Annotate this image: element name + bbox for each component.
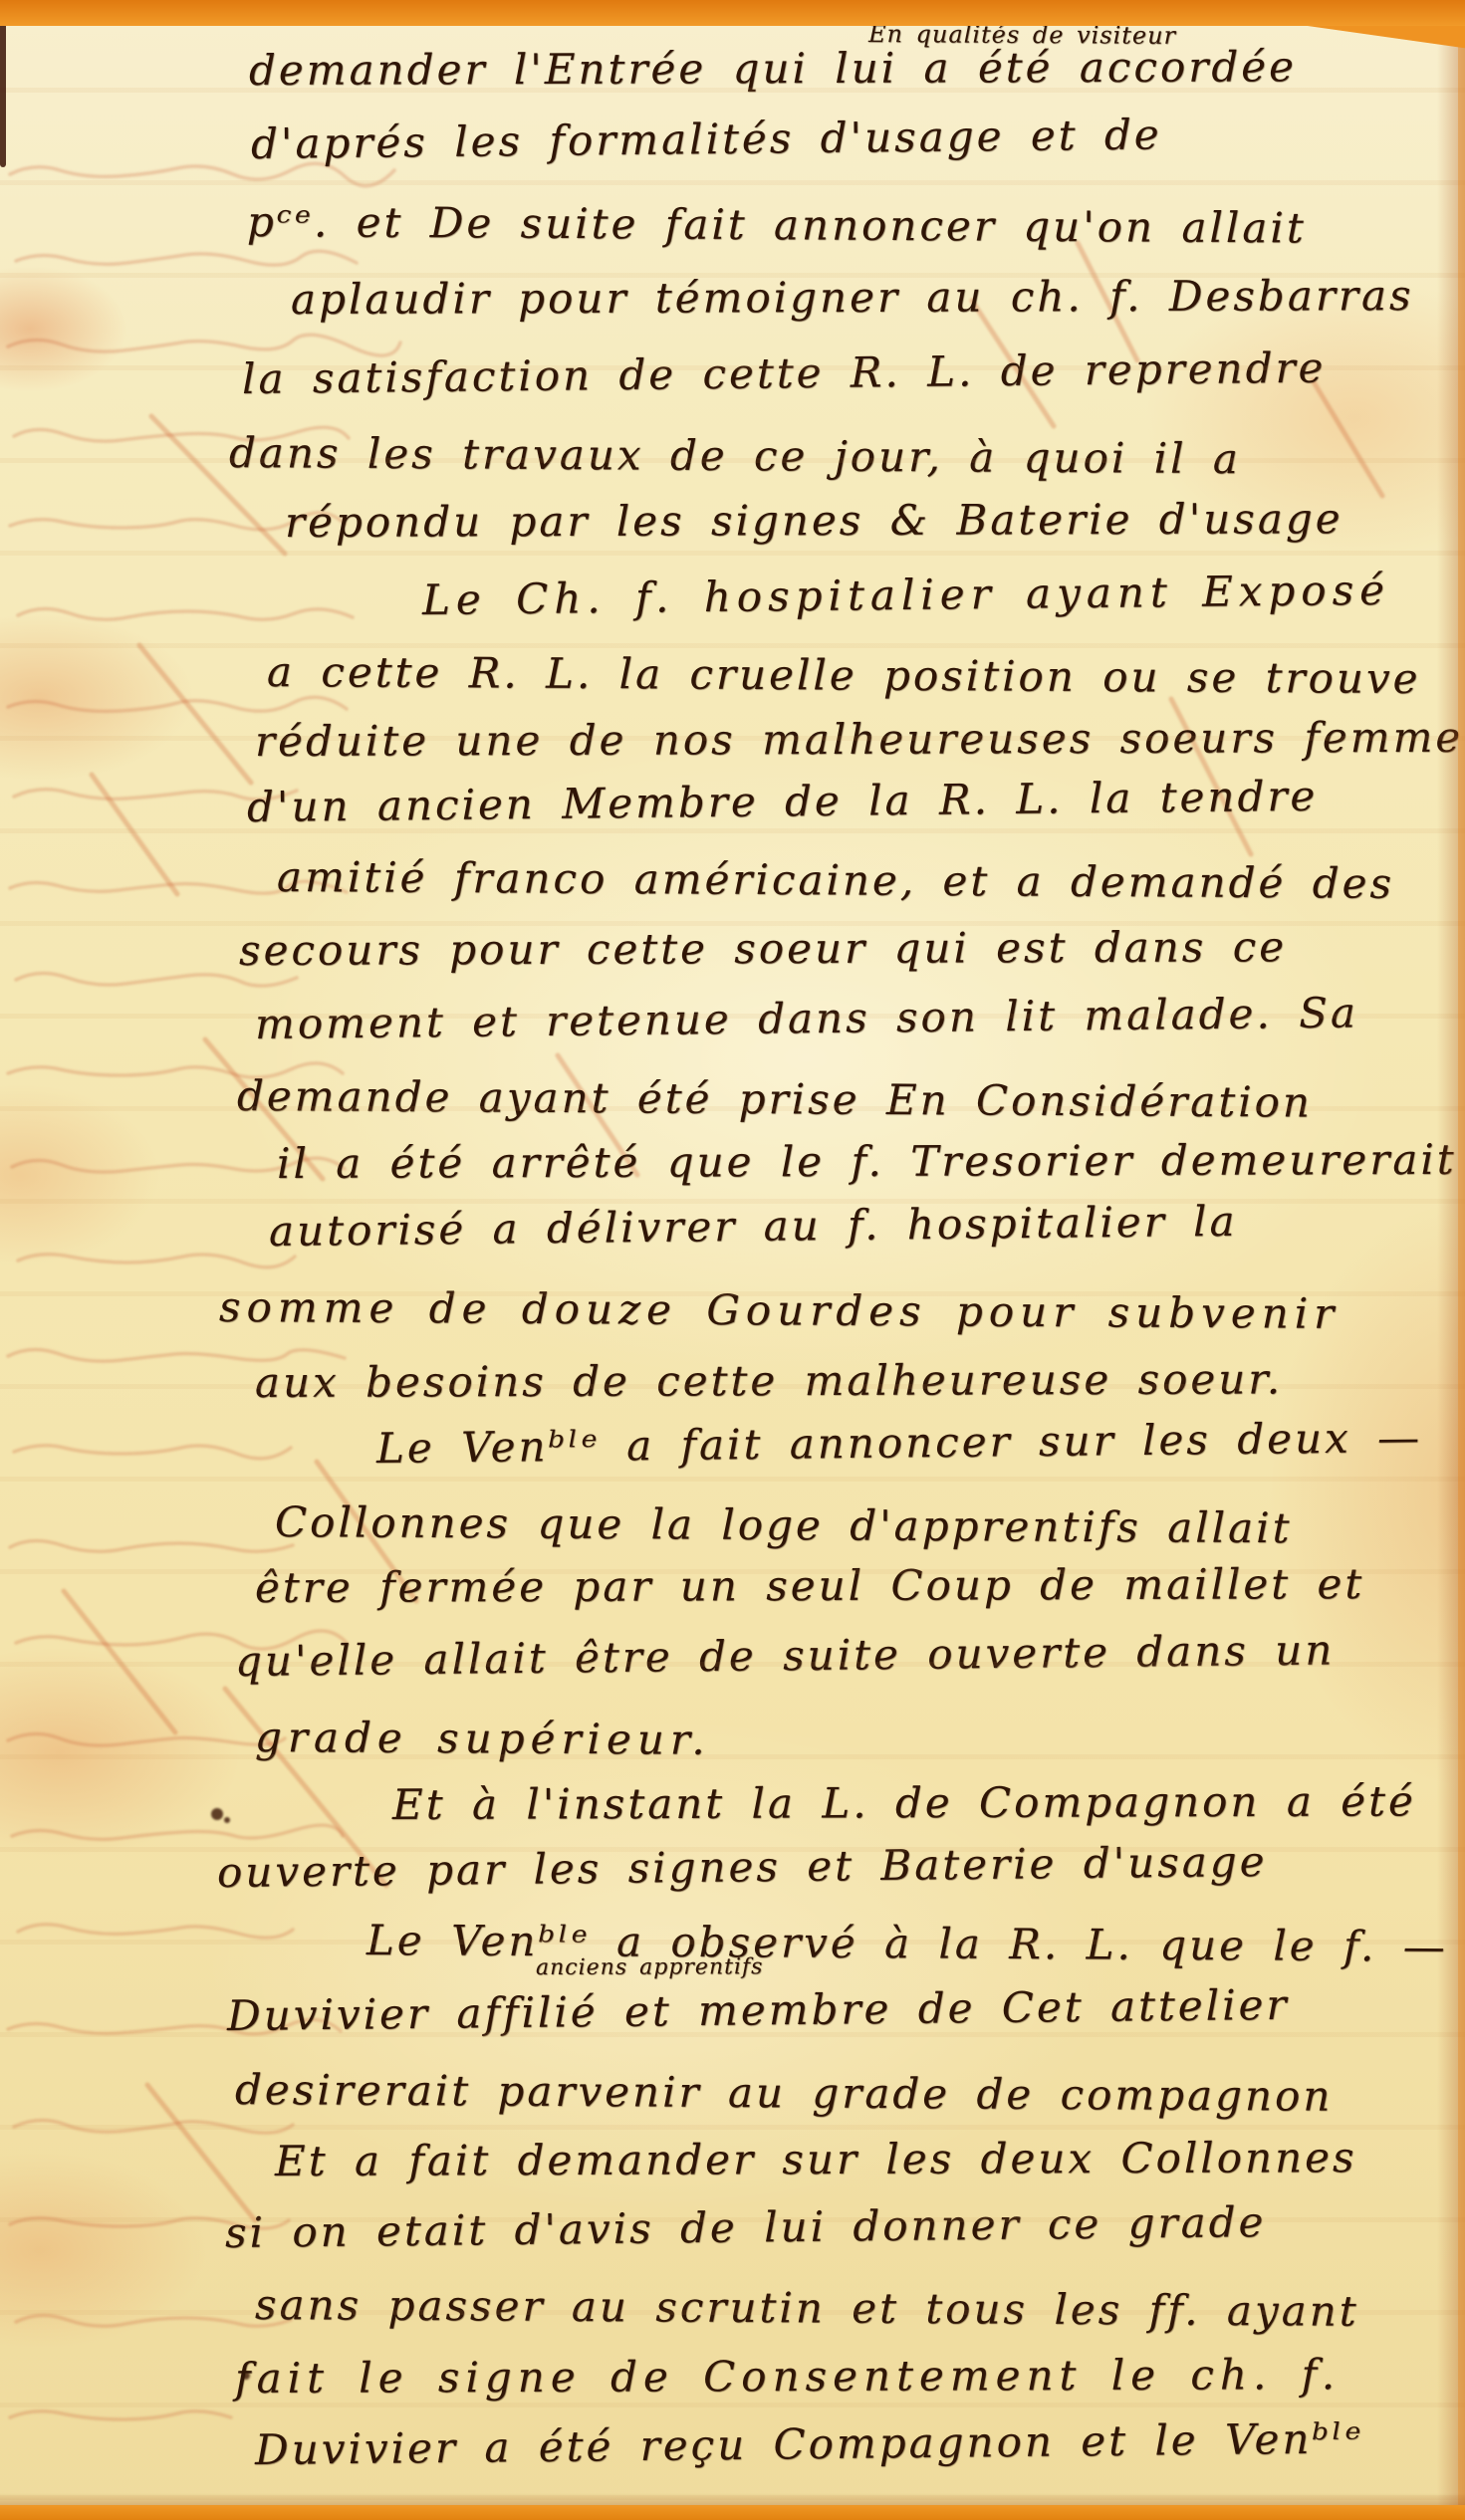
manuscript-line: ouverte par les signes et Baterie d'usag… bbox=[217, 1837, 1268, 1897]
manuscript-line: secours pour cette soeur qui est dans ce bbox=[239, 922, 1287, 975]
manuscript-line: Duvivier affilié et membre de Cet atteli… bbox=[227, 1980, 1290, 2040]
bottom-edge-shadow bbox=[0, 2493, 1465, 2505]
manuscript-line: demande ayant été prise En Considération bbox=[237, 1071, 1313, 1127]
top-border bbox=[0, 0, 1465, 26]
manuscript-line: a cette R. L. la cruelle position ou se … bbox=[267, 647, 1421, 703]
manuscript-line: d'un ancien Membre de la R. L. la tendre bbox=[247, 772, 1319, 831]
manuscript-page: En qualités de visiteur demander l'Entré… bbox=[0, 0, 1465, 2520]
manuscript-line: répondu par les signes & Baterie d'usage bbox=[285, 494, 1343, 547]
manuscript-line: réduite une de nos malheureuses soeurs f… bbox=[255, 713, 1463, 766]
manuscript-line: moment et retenue dans son lit malade. S… bbox=[255, 988, 1358, 1048]
handwritten-text: En qualités de visiteur demander l'Entré… bbox=[0, 0, 1465, 2520]
manuscript-line: Le Ch. f. hospitalier ayant Exposé bbox=[422, 566, 1390, 624]
manuscript-line: la satisfaction de cette R. L. de repren… bbox=[242, 344, 1327, 403]
manuscript-line: autorisé a délivrer au f. hospitalier la bbox=[269, 1197, 1238, 1256]
manuscript-line: somme de douze Gourdes pour subvenir bbox=[219, 1282, 1341, 1338]
manuscript-line: Duvivier a été reçu Compagnon et le Venᵇ… bbox=[255, 2413, 1364, 2474]
interline-annotation: anciens apprentifs bbox=[536, 1954, 764, 1980]
manuscript-line: fait le signe de Consentement le ch. f. bbox=[235, 2350, 1341, 2403]
bottom-border bbox=[0, 2505, 1465, 2520]
manuscript-line: d'aprés les formalités d'usage et de bbox=[251, 110, 1162, 168]
manuscript-line: demander l'Entrée qui lui a été accordée bbox=[249, 42, 1297, 95]
manuscript-line: pᶜᵉ. et De suite fait annoncer qu'on all… bbox=[247, 197, 1307, 252]
manuscript-line: aplaudir pour témoigner au ch. f. Desbar… bbox=[291, 271, 1414, 324]
manuscript-line: grade supérieur. bbox=[255, 1713, 711, 1764]
manuscript-line: Le Venᵇˡᵉ a observé à la R. L. que le f.… bbox=[366, 1916, 1448, 1971]
binding-dark-edge bbox=[0, 18, 6, 167]
manuscript-line: aux besoins de cette malheureuse soeur. bbox=[255, 1354, 1283, 1407]
manuscript-line: amitié franco américaine, et a demandé d… bbox=[277, 852, 1394, 908]
manuscript-line: Et a fait demander sur les deux Collonne… bbox=[275, 2133, 1357, 2185]
manuscript-line: être fermée par un seul Coup de maillet … bbox=[255, 1559, 1364, 1612]
manuscript-line: desirerait parvenir au grade de compagno… bbox=[235, 2065, 1334, 2121]
top-right-corner-wedge bbox=[1296, 26, 1465, 50]
manuscript-line: Collonnes que la loge d'apprentifs allai… bbox=[275, 1497, 1293, 1552]
manuscript-line: si on etait d'avis de lui donner ce grad… bbox=[225, 2197, 1267, 2257]
page-right-edge bbox=[1458, 0, 1465, 2520]
manuscript-line: il a été arrêté que le f. Tresorier deme… bbox=[277, 1135, 1457, 1188]
manuscript-line: qu'elle allait être de suite ouverte dan… bbox=[235, 1625, 1336, 1686]
manuscript-line: Et à l'instant la L. de Compagnon a été bbox=[392, 1776, 1416, 1829]
manuscript-line: sans passer au scrutin et tous les ff. a… bbox=[255, 2280, 1359, 2336]
manuscript-line: Le Venᵇˡᵉ a fait annoncer sur les deux — bbox=[376, 1413, 1423, 1473]
manuscript-line: dans les travaux de ce jour, à quoi il a bbox=[229, 428, 1241, 483]
